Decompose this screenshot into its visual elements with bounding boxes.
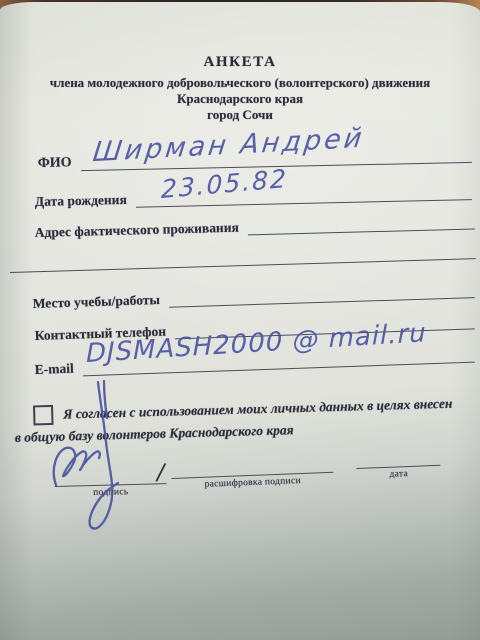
date-line — [356, 447, 441, 469]
signature-field: подпись — [54, 465, 167, 499]
field-label-birthdate: Дата рождения — [35, 191, 127, 210]
consent-section: Я согласен с использованием моих личных … — [14, 391, 480, 446]
signature-line — [54, 465, 166, 487]
signature-separator: / — [157, 458, 164, 488]
consent-checkbox — [33, 405, 54, 426]
date-caption: дата — [357, 468, 441, 481]
date-field: дата — [356, 447, 441, 481]
photo-of-paper-form: { "colors": { "ink": "#4b55a4", "print":… — [0, 0, 480, 640]
field-line-work — [169, 293, 475, 308]
name-field: расшифровка подписи — [171, 454, 334, 491]
form-content: АНКЕТА члена молодежного добровольческог… — [0, 0, 480, 640]
field-label-work: Место учебы/работы — [32, 291, 160, 312]
field-line-address — [248, 224, 475, 235]
field-line-address-2 — [9, 240, 475, 273]
form-region: Краснодарского края — [0, 91, 480, 107]
form-subtitle: члена молодежного добровольческого (воло… — [0, 75, 480, 91]
form-header: АНКЕТА члена молодежного добровольческог… — [0, 54, 480, 123]
field-row-work: Место учебы/работы — [32, 281, 474, 312]
signature-caption: подпись — [55, 486, 167, 499]
field-row-address: Адрес фактического проживания — [35, 212, 475, 241]
form-title: АНКЕТА — [0, 54, 480, 71]
field-label-address: Адрес фактического проживания — [35, 219, 239, 241]
field-label-email: E-mail — [34, 360, 74, 378]
form-city: город Сочи — [0, 107, 480, 123]
field-label-fio: ФИО — [38, 154, 72, 172]
